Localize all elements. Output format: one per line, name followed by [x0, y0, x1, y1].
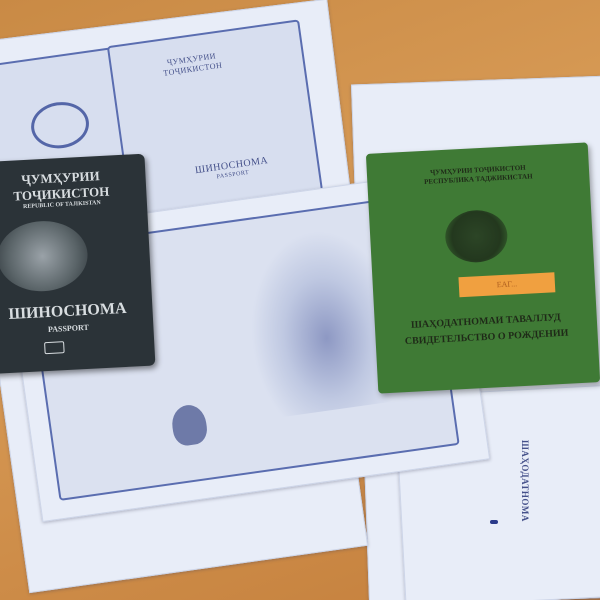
- biometric-chip-icon: [44, 341, 65, 354]
- ink-mark: [490, 520, 498, 524]
- passport-booklet: ҶУМҲУРИИ ТОҶИКИСТОН REPUBLIC OF TAJIKIST…: [0, 154, 155, 375]
- emblem-icon: [28, 98, 92, 152]
- name-sticker: ЕАГ...: [458, 272, 555, 297]
- holder-photo: [170, 403, 209, 447]
- desk-scene: ШАҲОДАТНОМА ҶУМҲУРИИ ТОҶИКИСТОН ШИНОСНОМ…: [0, 0, 600, 600]
- birth-certificate-booklet: ҶУМҲУРИИ ТОҶИКИСТОН РЕСПУБЛИКА ТАДЖИКИСТ…: [366, 142, 600, 393]
- emblem-icon: [444, 209, 509, 264]
- emblem-icon: [0, 219, 89, 294]
- certificate-photocopy-vertical-text: ШАҲОДАТНОМА: [520, 440, 530, 522]
